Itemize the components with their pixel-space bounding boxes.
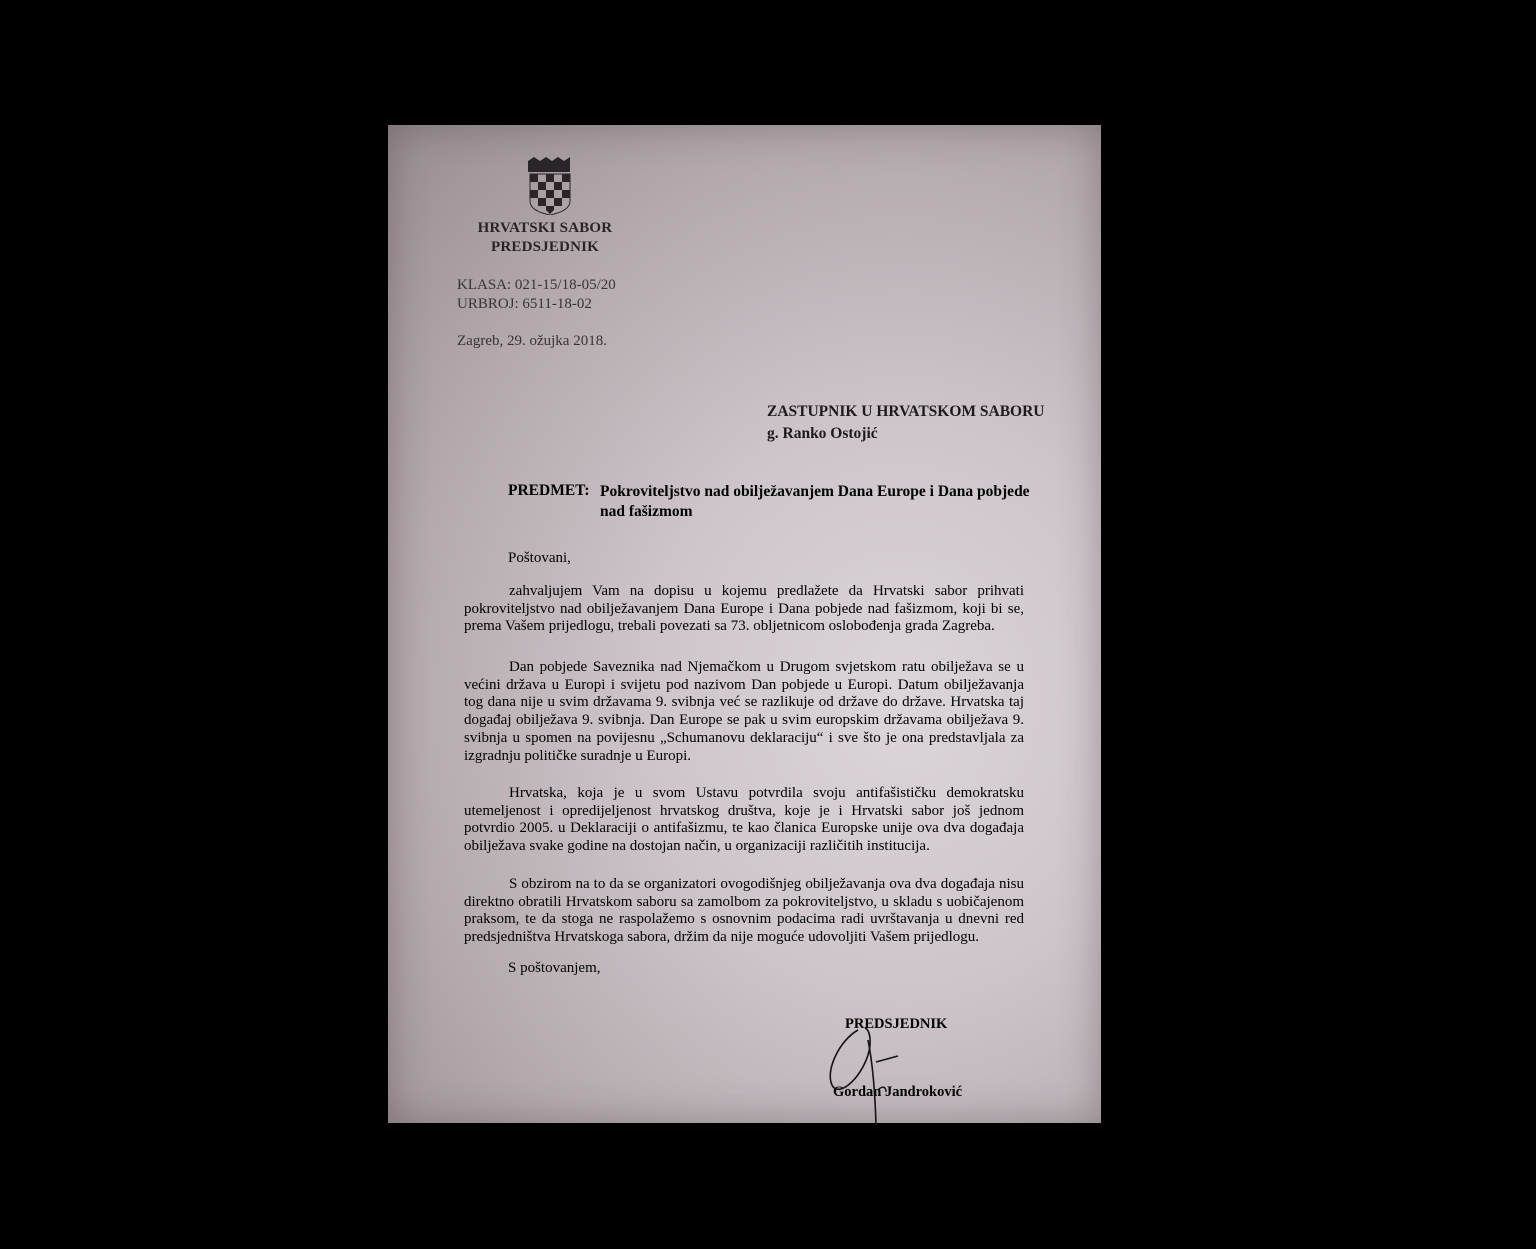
closing: S poštovanjem, (508, 960, 601, 977)
greeting: Poštovani, (508, 550, 571, 567)
body-paragraph: zahvaljujem Vam na dopisu u kojemu predl… (464, 583, 1024, 636)
recipient-title: ZASTUPNIK U HRVATSKOM SABORU (767, 403, 1045, 421)
urbroj-reference: URBROJ: 6511-18-02 (457, 296, 592, 313)
institution-name: HRVATSKI SABOR (440, 220, 650, 237)
place-date: Zagreb, 29. ožujka 2018. (457, 333, 607, 350)
body-paragraph: Hrvatska, koja je u svom Ustavu potvrdil… (464, 785, 1024, 856)
klasa-reference: KLASA: 021-15/18-05/20 (457, 277, 616, 294)
recipient-name: g. Ranko Ostojić (767, 425, 878, 443)
office-name: PREDSJEDNIK (440, 239, 650, 256)
subject-text: Pokroviteljstvo nad obilježavanjem Dana … (600, 482, 1050, 522)
subject-label: PREDMET: (508, 482, 590, 500)
body-paragraph: S obzirom na to da se organizatori ovogo… (464, 876, 1024, 947)
croatian-coat-of-arms-icon (524, 157, 574, 215)
body-paragraph: Dan pobjede Saveznika nad Njemačkom u Dr… (464, 659, 1024, 765)
handwritten-signature-icon (820, 1010, 940, 1125)
